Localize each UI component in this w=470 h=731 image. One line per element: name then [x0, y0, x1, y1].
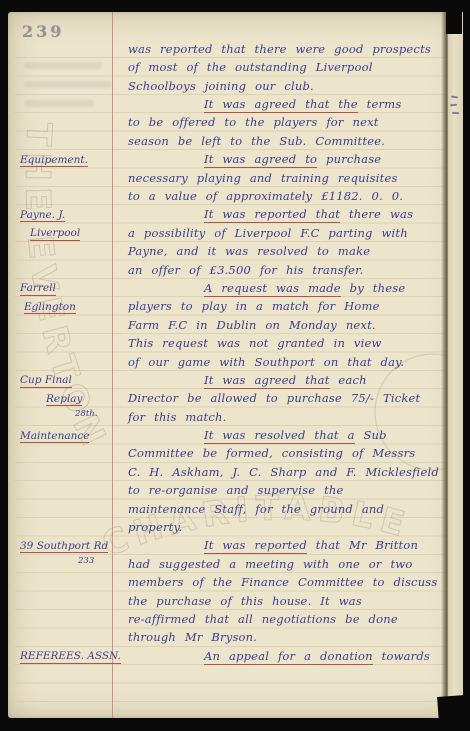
handwritten-line: players to play in a match for Home — [128, 301, 380, 314]
body-cell: was reported that there were good prospe… — [128, 38, 456, 57]
handwritten-text: to re-organise and supervise the — [128, 483, 344, 497]
handwritten-text: there was — [340, 207, 413, 221]
minute-row: MaintenanceIt was resolved that a Sub — [20, 425, 456, 443]
body-cell: C. H. Askham, J. C. Sharp and F. Mickles… — [128, 461, 456, 480]
scanned-minute-book-photo: 239 THE EVERTON CHARITABLE was reported … — [0, 0, 470, 731]
handwritten-text: to be offered to the players for next — [128, 115, 379, 129]
margin-note: Liverpool — [30, 228, 80, 241]
body-cell: An appeal for a donation towards — [128, 645, 456, 664]
margin-cell: Maintenance — [20, 424, 128, 444]
margin-note: Maintenance — [20, 431, 89, 444]
handwritten-text: This request was not granted in view — [128, 336, 382, 350]
body-cell: Schoolboys joining our club. — [128, 75, 456, 94]
handwritten-line: It was reported that Mr Britton — [204, 540, 418, 553]
body-cell: season be left to the Sub. Committee. — [128, 130, 456, 149]
margin-cell: 39 Southport Rd — [20, 534, 128, 554]
margin-cell: Payne. J. — [20, 203, 128, 223]
handwritten-text: Committee be formed, consisting of Messr… — [128, 446, 415, 460]
minute-row: season be left to the Sub. Committee. — [20, 130, 456, 148]
margin-cell: Cup Final — [20, 368, 128, 388]
handwritten-line: Director be allowed to purchase 75/- Tic… — [128, 393, 420, 406]
handwritten-text: purchase — [317, 152, 381, 166]
handwritten-text: players to play in a match for Home — [128, 299, 380, 313]
minute-row: an offer of £3.500 for his transfer. — [20, 259, 456, 277]
handwritten-text: by these — [341, 281, 406, 295]
handwritten-text: maintenance Staff, for the ground and — [128, 502, 384, 516]
minute-row: 233had suggested a meeting with one or t… — [20, 553, 456, 571]
margin-cell: 233 — [20, 553, 128, 572]
handwritten-line: property. — [128, 522, 183, 535]
rows: was reported that there were good prospe… — [20, 39, 456, 664]
body-cell: for this match. — [128, 406, 456, 425]
body-cell: It was reported that there was — [128, 203, 456, 222]
minute-row: 39 Southport RdIt was reported that Mr B… — [20, 535, 456, 553]
handwritten-line: of most of the outstanding Liverpool — [128, 62, 373, 75]
handwritten-text: Director be allowed to purchase 75/- Tic… — [128, 391, 420, 405]
body-cell: members of the Finance Committee to disc… — [128, 571, 456, 590]
minute-row: through Mr Bryson. — [20, 627, 456, 645]
handwritten-text: re-affirmed that all negotiations be don… — [128, 612, 398, 626]
minute-row: necessary playing and training requisite… — [20, 167, 456, 185]
handwritten-line: to be offered to the players for next — [128, 117, 379, 130]
photo-background — [446, 12, 462, 34]
minute-book-page: 239 THE EVERTON CHARITABLE was reported … — [8, 12, 462, 718]
handwritten-line: necessary playing and training requisite… — [128, 173, 398, 186]
body-cell: A request was made by these — [128, 277, 456, 296]
margin-note: Equipement. — [20, 155, 88, 168]
body-cell: the purchase of this house. It was — [128, 590, 456, 609]
handwritten-line: It was agreed that the terms — [204, 99, 401, 112]
body-cell: through Mr Bryson. — [128, 626, 456, 645]
body-cell: a possibility of Liverpool F.C parting w… — [128, 222, 456, 241]
photo-background — [437, 695, 467, 723]
body-cell: of most of the outstanding Liverpool — [128, 56, 456, 75]
handwritten-text: through Mr Bryson. — [128, 630, 257, 644]
handwritten-line: Payne, and it was resolved to make — [128, 246, 370, 259]
body-cell: Payne, and it was resolved to make — [128, 240, 456, 259]
handwritten-text: of our game with Southport on that day. — [128, 355, 404, 369]
minute-row: This request was not granted in view — [20, 333, 456, 351]
handwritten-line: season be left to the Sub. Committee. — [128, 136, 385, 149]
minute-row: to re-organise and supervise the — [20, 480, 456, 498]
handwritten-text: an offer of £3.500 for his transfer. — [128, 263, 363, 277]
minute-row: Payne. J.It was reported that there was — [20, 204, 456, 222]
body-cell: re-affirmed that all negotiations be don… — [128, 608, 456, 627]
handwritten-line: a possibility of Liverpool F.C parting w… — [128, 228, 408, 241]
body-cell: It was resolved that a Sub — [128, 424, 456, 443]
margin-note: 39 Southport Rd — [20, 541, 108, 554]
handwritten-line: It was agreed to purchase — [204, 154, 381, 167]
body-cell: Director be allowed to purchase 75/- Tic… — [128, 387, 456, 406]
handwritten-text: Sub — [355, 428, 387, 442]
minute-row: Committee be formed, consisting of Messr… — [20, 443, 456, 461]
margin-note: 233 — [78, 557, 94, 567]
minute-row: property. — [20, 517, 456, 535]
body-cell: Committee be formed, consisting of Messr… — [128, 442, 456, 461]
minute-row: Eglingtonplayers to play in a match for … — [20, 296, 456, 314]
handwritten-text: that Mr Britton — [307, 538, 418, 552]
minute-row: maintenance Staff, for the ground and — [20, 498, 456, 516]
handwritten-text: members of the Finance Committee to disc… — [128, 575, 438, 589]
minute-row: Farm F.C in Dublin on Monday next. — [20, 314, 456, 332]
handwritten-line: of our game with Southport on that day. — [128, 357, 404, 370]
handwritten-text: Payne, and it was resolved to make — [128, 244, 370, 258]
body-cell: It was agreed that the terms — [128, 93, 456, 112]
minute-row: was reported that there were good prospe… — [20, 39, 456, 57]
body-cell: players to play in a match for Home — [128, 295, 456, 314]
body-cell: an offer of £3.500 for his transfer. — [128, 259, 456, 278]
minute-row: REFEREES. ASSN.An appeal for a donation … — [20, 645, 456, 663]
body-cell: maintenance Staff, for the ground and — [128, 498, 456, 517]
handwritten-text: season be left to the Sub. Committee. — [128, 134, 385, 148]
handwritten-line: through Mr Bryson. — [128, 632, 257, 645]
handwritten-line: Committee be formed, consisting of Messr… — [128, 448, 415, 461]
margin-cell: Equipement. — [20, 148, 128, 168]
handwritten-line: C. H. Askham, J. C. Sharp and F. Mickles… — [128, 467, 439, 480]
body-cell: It was agreed that each — [128, 369, 456, 388]
minute-row: Cup FinalIt was agreed that each — [20, 370, 456, 388]
minute-row: of most of the outstanding Liverpool — [20, 57, 456, 75]
minute-row: C. H. Askham, J. C. Sharp and F. Mickles… — [20, 461, 456, 479]
handwritten-line: re-affirmed that all negotiations be don… — [128, 614, 398, 627]
body-cell: to be offered to the players for next — [128, 111, 456, 130]
handwritten-line: This request was not granted in view — [128, 338, 382, 351]
handwritten-text: had suggested a meeting with one or two — [128, 557, 412, 571]
margin-note: REFEREES. ASSN. — [20, 651, 121, 664]
margin-note: Eglington — [24, 302, 76, 315]
minute-row: to be offered to the players for next — [20, 112, 456, 130]
handwritten-line: It was resolved that a Sub — [204, 430, 387, 443]
minute-row: re-affirmed that all negotiations be don… — [20, 609, 456, 627]
handwritten-line: the purchase of this house. It was — [128, 596, 362, 609]
body-cell: to a value of approximately £1182. 0. 0. — [128, 185, 456, 204]
handwritten-line: Schoolboys joining our club. — [128, 81, 314, 94]
handwritten-line: It was reported that there was — [204, 209, 413, 222]
margin-cell: Liverpool — [20, 221, 128, 241]
body-cell: It was agreed to purchase — [128, 148, 456, 167]
minute-row: Schoolboys joining our club. — [20, 75, 456, 93]
minute-row: Equipement.It was agreed to purchase — [20, 149, 456, 167]
handwritten-text: towards — [373, 649, 430, 663]
handwritten-line: members of the Finance Committee to disc… — [128, 577, 438, 590]
minute-row: to a value of approximately £1182. 0. 0. — [20, 186, 456, 204]
minute-row: 28th.for this match. — [20, 406, 456, 424]
handwritten-line: A request was made by these — [204, 283, 405, 296]
margin-cell: REFEREES. ASSN. — [20, 644, 128, 664]
body-cell: property. — [128, 516, 456, 535]
handwritten-line: An appeal for a donation towards — [204, 651, 430, 664]
handwritten-text: C. H. Askham, J. C. Sharp and F. Mickles… — [128, 465, 439, 479]
handwritten-text: each — [330, 373, 367, 387]
handwritten-text: for this match. — [128, 410, 226, 424]
margin-cell: Eglington — [20, 295, 128, 315]
handwritten-text: to a value of approximately £1182. 0. 0. — [128, 189, 403, 203]
handwritten-text: terms — [358, 97, 402, 111]
body-cell: Farm F.C in Dublin on Monday next. — [128, 314, 456, 333]
minute-row: of our game with Southport on that day. — [20, 351, 456, 369]
red-underlined-phrase: An appeal for a donation — [204, 649, 373, 665]
handwritten-text: was reported that there were good prospe… — [128, 42, 431, 56]
margin-note: 28th. — [75, 410, 97, 420]
handwritten-text: Schoolboys joining our club. — [128, 79, 314, 93]
handwritten-line: an offer of £3.500 for his transfer. — [128, 265, 363, 278]
handwritten-line: to a value of approximately £1182. 0. 0. — [128, 191, 403, 204]
body-cell: It was reported that Mr Britton — [128, 534, 456, 553]
handwritten-text: Farm F.C in Dublin on Monday next. — [128, 318, 376, 332]
margin-cell: Replay — [20, 387, 128, 407]
handwritten-line: for this match. — [128, 412, 226, 425]
body-cell: necessary playing and training requisite… — [128, 167, 456, 186]
minute-row: FarrellA request was made by these — [20, 278, 456, 296]
minute-row: It was agreed that the terms — [20, 94, 456, 112]
handwritten-line: It was agreed that each — [204, 375, 367, 388]
handwritten-text: a possibility of Liverpool F.C parting w… — [128, 226, 408, 240]
handwritten-line: Farm F.C in Dublin on Monday next. — [128, 320, 376, 333]
minute-row: Payne, and it was resolved to make — [20, 241, 456, 259]
handwritten-text: the purchase of this house. It was — [128, 594, 362, 608]
margin-note: Replay — [46, 394, 82, 407]
minute-row: members of the Finance Committee to disc… — [20, 572, 456, 590]
body-cell: This request was not granted in view — [128, 332, 456, 351]
minute-row: Liverpoola possibility of Liverpool F.C … — [20, 222, 456, 240]
margin-cell: 28th. — [20, 406, 128, 425]
handwritten-line: maintenance Staff, for the ground and — [128, 504, 384, 517]
handwritten-text: property. — [128, 520, 183, 534]
handwritten-line: had suggested a meeting with one or two — [128, 559, 412, 572]
body-cell: to re-organise and supervise the — [128, 479, 456, 498]
minute-row: ReplayDirector be allowed to purchase 75… — [20, 388, 456, 406]
handwritten-text: of most of the outstanding Liverpool — [128, 60, 373, 74]
handwritten-text: necessary playing and training requisite… — [128, 171, 398, 185]
margin-cell: Farrell — [20, 276, 128, 296]
body-cell: of our game with Southport on that day. — [128, 351, 456, 370]
minute-row: the purchase of this house. It was — [20, 590, 456, 608]
handwritten-line: was reported that there were good prospe… — [128, 44, 431, 57]
body-cell: had suggested a meeting with one or two — [128, 553, 456, 572]
handwritten-line: to re-organise and supervise the — [128, 485, 344, 498]
